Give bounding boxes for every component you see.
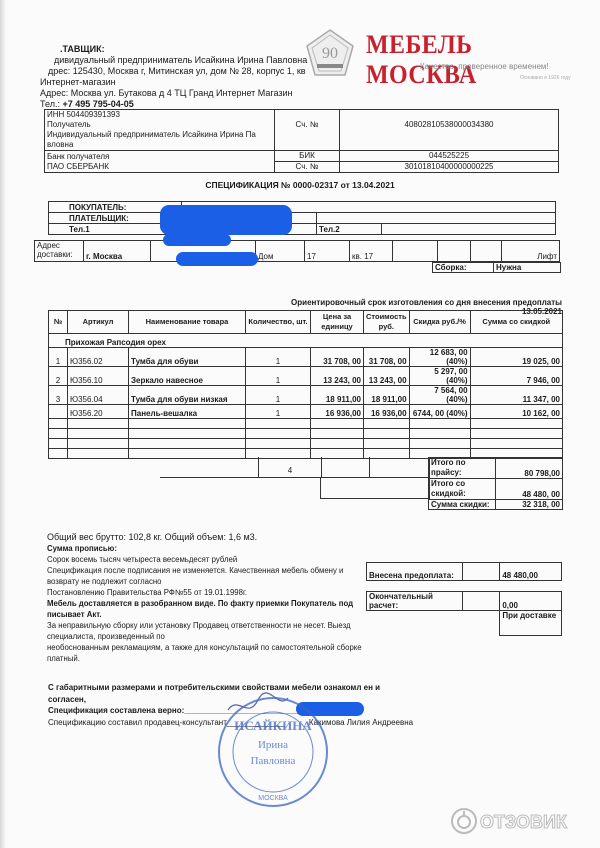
cell-sku: Ю356.04 bbox=[68, 386, 129, 405]
note-6: необоснованным рекламациям, а также для … bbox=[47, 642, 367, 664]
total-discounted-value: 48 480, 00 bbox=[496, 479, 563, 500]
cell-name: Зеркало навесное bbox=[129, 367, 246, 386]
delivery-address-table: Адрес доставки: г. Москва Дом 17 кв. 17 … bbox=[34, 240, 560, 262]
assembly-value: Нужна bbox=[494, 263, 561, 273]
otzovik-watermark-icon: ОТЗОВИК bbox=[450, 805, 590, 837]
cell-price: 31 708, 00 bbox=[311, 348, 364, 367]
items-table: № Артикул Наименование товара Количество… bbox=[48, 310, 563, 459]
recipient-name: Индивидуальный предприниматель Исайкина … bbox=[47, 130, 267, 150]
payment-table: Внесена предоплата:48 480,00 Окончательн… bbox=[366, 562, 562, 636]
brand-title: МЕБЕЛЬ МОСКВА bbox=[366, 30, 581, 90]
empty-row bbox=[49, 419, 563, 429]
svg-text:Ирина: Ирина bbox=[258, 739, 288, 751]
address-label: Адрес доставки: bbox=[35, 241, 84, 262]
col-total: Сумма со скидкой bbox=[470, 311, 562, 334]
sum-in-words: Сорок восемь тысяч четыреста весемьдесят… bbox=[47, 554, 367, 565]
prepaid-label: Внесена предоплата: bbox=[367, 563, 463, 581]
supplier-name: дивидуальный предприниматель Исайкина Ир… bbox=[40, 55, 330, 66]
supplier-store-address: Адрес: Москва ул. Бутакова д 4 ТЦ Гранд … bbox=[40, 88, 330, 99]
cell-cost: 31 708, 00 bbox=[364, 348, 410, 367]
total-price-value: 80 798,00 bbox=[496, 458, 563, 479]
corr-account: 30101810400000000225 bbox=[340, 162, 559, 173]
cell-total: 11 347, 00 bbox=[470, 386, 562, 405]
cell-n bbox=[49, 405, 68, 419]
total-discount-value: 32 318, 00 bbox=[496, 500, 563, 510]
total-discounted-label: Итого со скидкой: bbox=[429, 479, 496, 500]
scan-edge bbox=[0, 0, 6, 848]
cell-name: Тумба для обуви низкая bbox=[129, 386, 246, 405]
prepaid-value: 48 480,00 bbox=[500, 563, 562, 581]
phone-value: +7 495 795-04-05 bbox=[62, 99, 133, 109]
tel2-label: Тел.2 bbox=[317, 224, 382, 235]
lift-label: Лифт bbox=[502, 241, 560, 262]
cell-qty: 1 bbox=[246, 405, 311, 419]
qty-total-cell: 4 bbox=[258, 457, 430, 478]
final-note-spacer bbox=[367, 611, 500, 636]
empty-row bbox=[49, 429, 563, 439]
company-stamp-icon: ИСАЙКИНА Ирина Павловна МОСКВА bbox=[208, 690, 338, 810]
final-label: Окончательный расчет: bbox=[367, 592, 463, 611]
payer-extra bbox=[317, 213, 556, 224]
apartment: кв. 17 bbox=[350, 241, 393, 262]
bank-details-table: ИНН 504409391393 Получатель Индивидуальн… bbox=[44, 109, 559, 173]
redaction-buyer bbox=[160, 205, 292, 235]
totals-table: Итого по прайсу:80 798,00 Итого со скидк… bbox=[428, 457, 563, 510]
cell-price: 16 936,00 bbox=[311, 405, 364, 419]
redaction-street bbox=[176, 252, 258, 266]
spec-correct-text: Спецификация составлена верно: bbox=[48, 706, 184, 715]
cell-qty: 1 bbox=[246, 386, 311, 405]
supplier-type: Интернет-магазин bbox=[40, 77, 330, 88]
anniversary-seal-icon: 90 bbox=[304, 28, 356, 78]
notes-block: Общий вес брутто: 102,8 кг. Общий объем:… bbox=[47, 532, 367, 664]
cell-discount: 7 564, 00 (40%) bbox=[409, 386, 470, 405]
bank-label: Банк получателя bbox=[47, 152, 272, 162]
corr-label: Сч. № bbox=[275, 162, 340, 173]
cell-cost: 18 911,00 bbox=[364, 386, 410, 405]
cell-total: 7 946, 00 bbox=[470, 367, 562, 386]
weight-volume: Общий вес брутто: 102,8 кг. Общий объем:… bbox=[47, 532, 367, 543]
final-blank bbox=[462, 592, 500, 611]
bank-name: ПАО СБЕРБАНК bbox=[47, 162, 272, 172]
divider bbox=[160, 477, 260, 478]
supplier-address: дрес: 125430, Москва г, Митинская ул, до… bbox=[40, 66, 330, 77]
bik-value: 044525225 bbox=[340, 151, 559, 162]
col-sku: Артикул bbox=[68, 311, 129, 334]
spec-title: СПЕЦИФИКАЦИЯ № 0000-02317 от 13.04.2021 bbox=[0, 180, 600, 190]
account-number: 40802810538000034380 bbox=[340, 110, 559, 151]
col-number: № bbox=[49, 311, 68, 334]
buyer-table: ПОКУПАТЕЛЬ: ПЛАТЕЛЬЩИК: Тел.1Тел.2 bbox=[48, 201, 556, 235]
composed-by-text: Спецификацию составил продавец-консульта… bbox=[48, 718, 227, 727]
note-4: Мебель доставляется в разобранном виде. … bbox=[47, 598, 367, 620]
total-quantity: 4 bbox=[259, 466, 321, 475]
tel2-value bbox=[382, 224, 556, 235]
note-3: Постановлению Правительства РФ№55 от 19.… bbox=[47, 587, 367, 598]
phone-label: Тел.: bbox=[40, 99, 60, 109]
cell-qty: 1 bbox=[246, 367, 311, 386]
cell-n: 3 bbox=[49, 386, 68, 405]
table-row: 2Ю356.10Зеркало навесное113 243, 0013 24… bbox=[49, 367, 563, 386]
recipient-cell: ИНН 504409391393 Получатель Индивидуальн… bbox=[45, 110, 275, 151]
address-blank-1 bbox=[393, 241, 438, 262]
total-discount-label: Сумма скидки: bbox=[429, 500, 496, 510]
inn: ИНН 504409391393 bbox=[47, 110, 272, 120]
col-name: Наименование товара bbox=[129, 311, 246, 334]
table-row: 3Ю356.04Тумба для обуви низкая118 911,00… bbox=[49, 386, 563, 405]
redaction-phone bbox=[163, 234, 231, 246]
brand-founded: Основано в 1926 году bbox=[520, 75, 571, 81]
svg-text:ИСАЙКИНА: ИСАЙКИНА bbox=[234, 718, 312, 733]
svg-text:90: 90 bbox=[322, 45, 338, 62]
svg-text:МОСКВА: МОСКВА bbox=[258, 795, 288, 802]
address-blank-3 bbox=[471, 241, 502, 262]
col-discount: Скидка руб./% bbox=[409, 311, 470, 334]
empty-row bbox=[49, 439, 563, 449]
note-1: Спецификация после подписания не изменяе… bbox=[47, 565, 367, 576]
assembly-label: Сборка: bbox=[433, 263, 494, 273]
cell-cost: 13 243, 00 bbox=[364, 367, 410, 386]
sum-in-words-label: Сумма прописью: bbox=[47, 543, 367, 554]
cell-name: Панель-вешалка bbox=[129, 405, 246, 419]
cell-sku: Ю356.20 bbox=[68, 405, 129, 419]
cell-discount: 6744, 00 (40%) bbox=[409, 405, 470, 419]
cell-n: 1 bbox=[49, 348, 68, 367]
col-price: Цена за единицу bbox=[311, 311, 364, 334]
note-5: За неправильную сборку или установку Про… bbox=[47, 620, 367, 642]
brand-slogan: Качество, проверенное временем! bbox=[420, 62, 549, 71]
address-city: г. Москва bbox=[84, 241, 151, 262]
bik-label: БИК bbox=[275, 151, 340, 162]
cell-total: 10 162, 00 bbox=[470, 405, 562, 419]
prepaid-blank bbox=[462, 563, 500, 581]
note-2: возврату не подлежит согласно bbox=[47, 576, 367, 587]
cell-sku: Ю356.10 bbox=[68, 367, 129, 386]
account-label: Сч. № bbox=[275, 110, 340, 151]
final-value: 0,00 bbox=[500, 592, 562, 611]
cell-cost: 16 936,00 bbox=[364, 405, 410, 419]
supplier-heading: .ТАВЩИК: bbox=[40, 44, 330, 55]
table-row: Ю356.20Панель-вешалка116 936,0016 936,00… bbox=[49, 405, 563, 419]
cell-n: 2 bbox=[49, 367, 68, 386]
empty-cell bbox=[320, 477, 430, 499]
svg-text:ОТЗОВИК: ОТЗОВИК bbox=[480, 812, 568, 832]
payment-spacer bbox=[367, 581, 562, 592]
house-label: Дом bbox=[256, 241, 305, 262]
recipient-label: Получатель bbox=[47, 120, 272, 130]
house-number: 17 bbox=[305, 241, 350, 262]
bank-cell: Банк получателя ПАО СБЕРБАНК bbox=[45, 151, 275, 173]
table-row: 1Ю356.02Тумба для обуви131 708, 0031 708… bbox=[49, 348, 563, 367]
cell-discount: 5 297, 00 (40%) bbox=[409, 367, 470, 386]
assembly-table: Сборка:Нужна bbox=[432, 262, 561, 273]
col-cost: Стоимость руб. bbox=[364, 311, 410, 334]
supplier-block: .ТАВЩИК: дивидуальный предприниматель Ис… bbox=[40, 44, 330, 110]
cell-price: 18 911,00 bbox=[311, 386, 364, 405]
cell-qty: 1 bbox=[246, 348, 311, 367]
address-blank-2 bbox=[438, 241, 471, 262]
cell-total: 19 025, 00 bbox=[470, 348, 562, 367]
cell-sku: Ю356.02 bbox=[68, 348, 129, 367]
col-qty: Количество, шт. bbox=[246, 311, 311, 334]
cell-discount: 12 683, 00 (40%) bbox=[409, 348, 470, 367]
final-note: При доставке bbox=[500, 611, 562, 636]
cell-name: Тумба для обуви bbox=[129, 348, 246, 367]
cell-price: 13 243, 00 bbox=[311, 367, 364, 386]
item-group: Прихожая Рапсодия орех bbox=[49, 334, 563, 348]
svg-text:Павловна: Павловна bbox=[251, 755, 296, 767]
total-price-label: Итого по прайсу: bbox=[429, 458, 496, 479]
